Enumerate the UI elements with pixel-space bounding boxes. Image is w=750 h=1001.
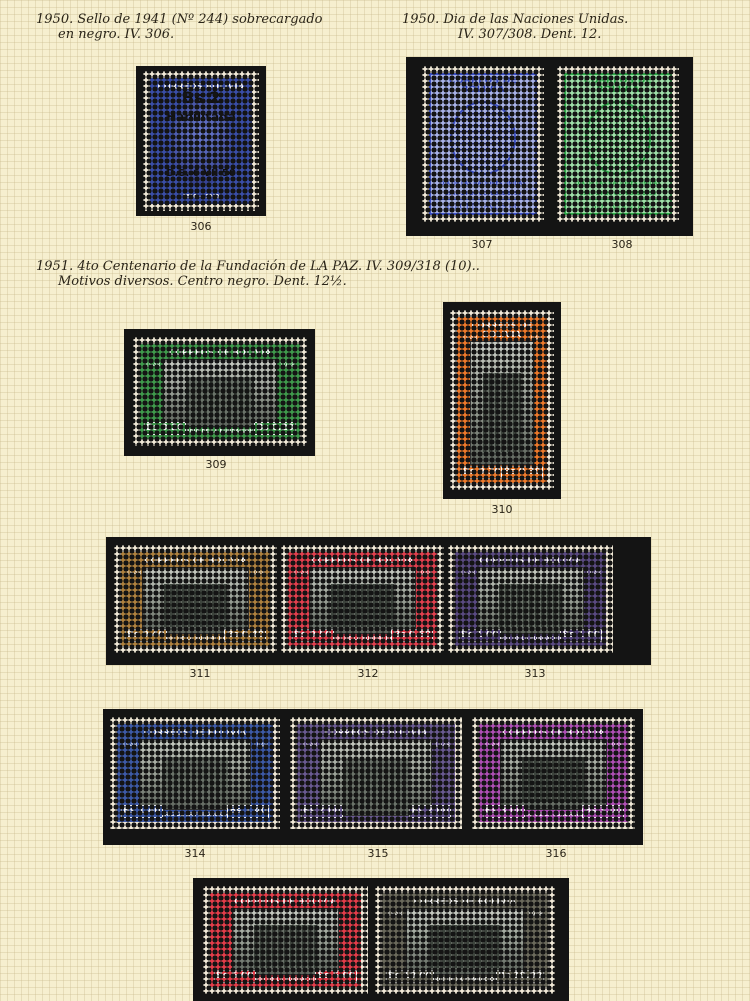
engraved-vignette <box>477 567 585 634</box>
stamp-value-right: Bs 5.00 <box>315 970 357 983</box>
stamp-header: CORREOS DE BOLIVIA <box>479 554 581 567</box>
catalog-label-309: 309 <box>186 458 246 471</box>
vignette-image <box>254 925 318 967</box>
stamp-value-left: Bs 10.00 <box>386 970 434 983</box>
catalog-label-310: 310 <box>472 503 532 516</box>
stamp-value-left: Bs 2.00 <box>301 805 343 818</box>
engraved-vignette <box>309 567 415 634</box>
stamp-header: CORREOS DE BOLIVIA <box>311 554 413 567</box>
stamp-value-right: Bs 0.30 <box>501 466 543 479</box>
vignette-image <box>499 584 563 626</box>
catalog-label-315: 315 <box>348 847 408 860</box>
stamp-value-right: Bs 10.00 <box>496 970 544 983</box>
unit: CENTAVOS <box>460 202 507 211</box>
stamp-header: CORREOS DE BOLIVIA <box>169 346 271 359</box>
year-left: 1548 <box>460 570 475 577</box>
stamp-value-left: Bs 5.00 <box>214 970 256 983</box>
note-1951-la-paz: 1951. 4to Centenario de la Fundación de … <box>36 259 480 289</box>
stamp-date: 1945-24 DE OCTUBRE 1950 <box>431 189 535 199</box>
value: 60 <box>447 202 457 211</box>
overprint-decree: D.S. 6 VII 50 <box>152 168 250 179</box>
stamp-306: CORREOS BOLIVIA 1810 — 1940 Bs 2 Habilit… <box>143 71 259 211</box>
stamp-307: CORREOS DE BOLIVIA DIA DE LAS NACIONES U… <box>422 66 544 222</box>
stamp-value-left: Bs 1.40 <box>121 805 163 818</box>
catalog-label-312: 312 <box>338 667 398 680</box>
unit: BOLIVIANOS <box>591 202 646 211</box>
catalog-label-308: 308 <box>592 238 652 251</box>
stamp-header: CORREOS DE BOLIVIA <box>325 726 427 739</box>
stamp-value-left: Bs 0.30 <box>461 466 503 479</box>
stamp-header: CORREOS DE BOLIVIA <box>414 895 516 908</box>
note-1950-un-day: 1950. Dia de las Naciones Unidas. IV. 30… <box>402 12 628 42</box>
stamp-header: CORREOS DE BOLIVIA <box>234 895 336 908</box>
stamp-309: CORREOS DE BOLIVIA 1548 1948 IV CENTENAR… <box>133 337 307 446</box>
vignette-image <box>331 584 394 626</box>
vignette-image <box>483 373 520 452</box>
overprint-habilitada: Habilitada <box>152 110 250 124</box>
note-line: 1951. 4to Centenario de la Fundación de … <box>36 259 480 274</box>
year-left: 1548 <box>126 570 141 577</box>
engraved-vignette <box>163 359 277 427</box>
year-right: 1948 <box>280 362 295 369</box>
engraved-vignette <box>139 739 250 810</box>
stamp-header: CORREOS DE BOLIVIA <box>431 75 535 97</box>
engraved-vignette <box>232 908 340 975</box>
catalog-label-313: 313 <box>505 667 565 680</box>
stamp-value-left: Bs 3.00 <box>483 805 525 818</box>
stamp-317: CORREOS DE BOLIVIA IV CENTENARIO DE LA F… <box>203 886 368 994</box>
stamp-value-right: Bs 2.00 <box>409 805 451 818</box>
catalog-label-306: 306 <box>171 220 231 233</box>
value: 60 <box>509 202 519 211</box>
stamp-315: CORREOS DE BOLIVIA 1548 1948 Bs 2.00 Bs … <box>290 717 462 829</box>
catalog-label-311: 311 <box>170 667 230 680</box>
year-right: 1948 <box>253 742 268 749</box>
stamp-caption: DIA DE LAS NACIONES UNIDAS <box>566 179 670 189</box>
vignette-image <box>522 757 585 802</box>
stamp-date: 1945-24 DE OCTUBRE 1950 <box>566 189 670 199</box>
stamp-denomination: 60 CENTAVOS 60 <box>431 199 535 213</box>
stamp-308: CORREOS DE BOLIVIA DIA DE LAS NACIONES U… <box>557 66 679 222</box>
stamp-header: CORREOS DE BOLIVIA <box>566 75 670 97</box>
year-right: 1948 <box>528 911 543 918</box>
vignette-image <box>186 377 253 420</box>
year-left: 1548 <box>387 911 402 918</box>
note-line: 1950. Sello de 1941 (Nº 244) sobrecargad… <box>36 12 323 27</box>
stamp-value-right: Bs 1.00 <box>560 629 602 642</box>
stamp-316: CORREOS DE BOLIVIA 1548 1948 IV CENTENAR… <box>472 717 635 829</box>
year-left: 1548 <box>302 742 317 749</box>
year-right: 1948 <box>250 570 265 577</box>
stamp-denomination: 2 BOLIVIANOS 2 <box>566 199 670 213</box>
stamp-header: CORREOS DE BOLIVIA <box>144 554 246 567</box>
stamp-312: CORREOS DE BOLIVIA 1548 1948 IV CENTENAR… <box>281 545 444 653</box>
globe-emblem-icon <box>585 101 651 175</box>
catalog-label-314: 314 <box>165 847 225 860</box>
vignette-image <box>430 925 500 967</box>
stamp-caption: DIA DE LAS NACIONES UNIDAS <box>431 179 535 189</box>
year-right: 1948 <box>586 570 601 577</box>
stamp-318: CORREOS DE BOLIVIA 1548 1948 IV CENTENAR… <box>375 886 555 994</box>
stamp-years: 1810 — 1940 <box>152 192 250 202</box>
engraved-vignette <box>500 739 606 810</box>
stamp-313: CORREOS DE BOLIVIA 1548 1948 IV CENTENAR… <box>448 545 613 653</box>
note-line: IV. 307/308. Dent. 12. <box>402 27 628 42</box>
year-right: 1948 <box>608 742 623 749</box>
stamp-value-left: Bs 1.00 <box>459 629 501 642</box>
engraved-vignette <box>470 341 534 465</box>
stamp-value-left: Bs 0.50 <box>292 629 334 642</box>
year-left: 1548 <box>145 362 160 369</box>
value: 2 <box>583 202 588 211</box>
stamp-value-right: Bs 3.00 <box>582 805 624 818</box>
stamp-310: CORREOS DE BOLIVIA 1548 1948 IV CENTENAR… <box>450 310 554 490</box>
stamp-value-right: Bs 0.20 <box>254 422 296 435</box>
year-right: 1948 <box>435 742 450 749</box>
year-right: 1948 <box>417 570 432 577</box>
stamp-header: CORREOS DE BOLIVIA <box>144 726 246 739</box>
catalog-label-307: 307 <box>452 238 512 251</box>
stamp-value-right: Bs 0.40 <box>224 629 266 642</box>
vignette-image <box>343 759 410 808</box>
stamp-header: CORREOS DE BOLIVIA <box>502 726 604 739</box>
year-left: 1548 <box>122 742 137 749</box>
vignette-image <box>162 757 228 802</box>
engraved-vignette <box>142 567 248 634</box>
stamp-value-left: Bs 0.20 <box>144 422 186 435</box>
engraved-vignette <box>406 908 525 975</box>
catalog-label-316: 316 <box>526 847 586 860</box>
stamp-314: CORREOS DE BOLIVIA 1548 1948 IV CENTENAR… <box>110 717 280 829</box>
year-left: 1548 <box>293 570 308 577</box>
vignette-image <box>164 584 227 626</box>
globe-emblem-icon <box>450 101 516 175</box>
note-line: 1950. Dia de las Naciones Unidas. <box>402 12 628 27</box>
note-line: en negro. IV. 306. <box>36 27 323 42</box>
stamp-311: CORREOS DE BOLIVIA 1548 1948 IV CENTENAR… <box>114 545 277 653</box>
stamp-value-right: Bs 0.50 <box>391 629 433 642</box>
note-line: Motivos diversos. Centro negro. Dent. 12… <box>36 274 480 289</box>
stamp-value-left: Bs 0.40 <box>125 629 167 642</box>
note-1950-overprint: 1950. Sello de 1941 (Nº 244) sobrecargad… <box>36 12 323 42</box>
year-left: 1548 <box>484 742 499 749</box>
stamp-value-right: Bs 1.40 <box>227 805 269 818</box>
overprint-value: Bs 2 <box>152 88 250 107</box>
value: 2 <box>648 202 653 211</box>
